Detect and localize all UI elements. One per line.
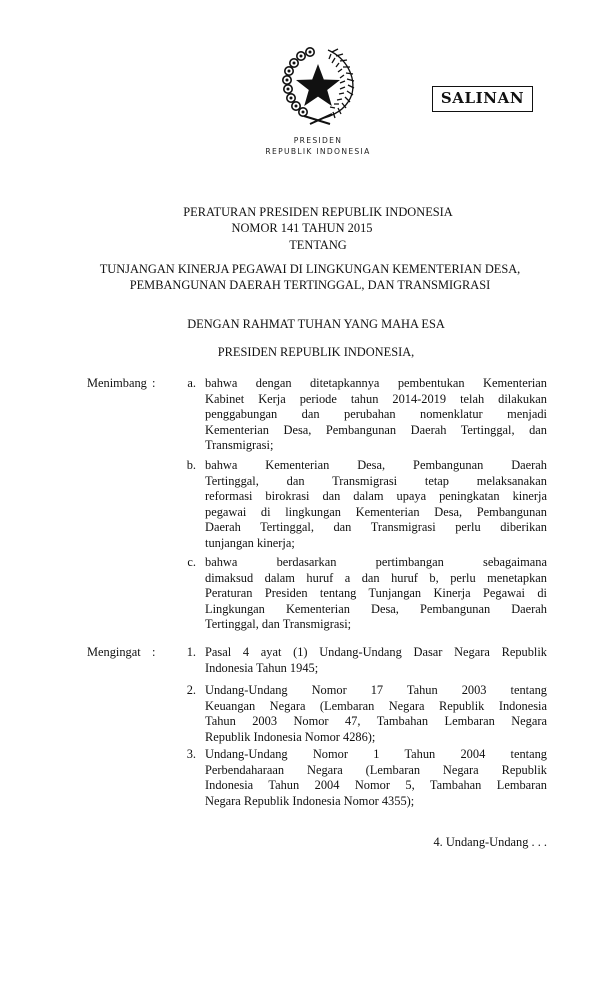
menimbang-label: Menimbang [87, 376, 147, 391]
text-line: Kabinet Kerja periode tahun 2014-2019 te… [205, 392, 547, 408]
text-line: Perbendaharaan Negara (Lembaran Negara R… [205, 763, 547, 779]
mengingat-item-text: Undang-Undang Nomor 17 Tahun 2003 tentan… [205, 683, 547, 745]
mengingat-item-text: Pasal 4 ayat (1) Undang-Undang Dasar Neg… [205, 645, 547, 676]
menimbang-item-marker: c. [176, 555, 196, 570]
menimbang-item-text: bahwa dengan ditetapkannya pembentukan K… [205, 376, 547, 454]
title-line-2: NOMOR 141 TAHUN 2015 [0, 221, 608, 236]
menimbang-item-marker: b. [176, 458, 196, 473]
menimbang-colon: : [152, 376, 155, 391]
title-line-3: TENTANG [12, 238, 612, 253]
subject-line-2: PEMBANGUNAN DAERAH TERTINGGAL, DAN TRANS… [4, 278, 612, 293]
text-line: Republik Indonesia Nomor 4286); [205, 730, 547, 746]
text-line: Keuangan Negara (Lembaran Negara Republi… [205, 699, 547, 715]
title-line-1: PERATURAN PRESIDEN REPUBLIK INDONESIA [12, 205, 612, 220]
text-line: Indonesia Tahun 2004 Nomor 5, Tambahan L… [205, 778, 547, 794]
authority: PRESIDEN REPUBLIK INDONESIA, [10, 345, 612, 360]
mengingat-item-text: Undang-Undang Nomor 1 Tahun 2004 tentang… [205, 747, 547, 809]
text-line: Kementerian Desa, Pembangunan Daerah Ter… [205, 423, 547, 439]
text-line: Lingkungan Kementerian Desa, Pembangunan… [205, 602, 547, 618]
text-line: Negara Republik Indonesia Nomor 4355); [205, 794, 547, 810]
mengingat-item-marker: 3. [176, 747, 196, 762]
menimbang-item-text: bahwa Kementerian Desa, Pembangunan Daer… [205, 458, 547, 552]
text-line: reformasi birokrasi dan dalam upaya peni… [205, 489, 547, 505]
mengingat-colon: : [152, 645, 155, 660]
subject-line-1: TUNJANGAN KINERJA PEGAWAI DI LINGKUNGAN … [4, 262, 612, 277]
emblem-caption-presiden: PRESIDEN [0, 136, 612, 145]
text-line: Pasal 4 ayat (1) Undang-Undang Dasar Neg… [205, 645, 547, 661]
garuda-star-emblem-icon [270, 42, 366, 134]
text-line: Indonesia Tahun 1945; [205, 661, 547, 677]
text-line: bahwa Kementerian Desa, Pembangunan Daer… [205, 458, 547, 474]
text-line: Undang-Undang Nomor 17 Tahun 2003 tentan… [205, 683, 547, 699]
text-line: Undang-Undang Nomor 1 Tahun 2004 tentang [205, 747, 547, 763]
text-line: tunjangan kinerja; [205, 536, 547, 552]
mengingat-item-marker: 1. [176, 645, 196, 660]
text-line: bahwa dengan ditetapkannya pembentukan K… [205, 376, 547, 392]
text-line: Tertinggal, dan Transmigrasi; [205, 617, 547, 633]
invocation: DENGAN RAHMAT TUHAN YANG MAHA ESA [10, 317, 612, 332]
text-line: dimaksud dalam huruf a dan huruf b, perl… [205, 571, 547, 587]
text-line: Transmigrasi; [205, 438, 547, 454]
text-line: pegawai di lingkungan Kementerian Desa, … [205, 505, 547, 521]
text-line: Peraturan Presiden tentang Tunjangan Kin… [205, 586, 547, 602]
menimbang-item-text: bahwa berdasarkan pertimbangan sebagaima… [205, 555, 547, 633]
text-line: Tertinggal, dan Transmigrasi tetap melak… [205, 474, 547, 490]
text-line: Daerah Tertinggal, dan Transmigrasi perl… [205, 520, 547, 536]
text-line: Tahun 2003 Nomor 47, Tambahan Lembaran N… [205, 714, 547, 730]
continuation-marker: 4. Undang-Undang . . . [433, 835, 547, 850]
mengingat-item-marker: 2. [176, 683, 196, 698]
menimbang-item-marker: a. [176, 376, 196, 391]
mengingat-label: Mengingat [87, 645, 141, 660]
text-line: bahwa berdasarkan pertimbangan sebagaima… [205, 555, 547, 571]
salinan-stamp: SALINAN [432, 86, 533, 112]
text-line: penggabungan dan perubahan nomenklatur m… [205, 407, 547, 423]
emblem-caption-republik: REPUBLIK INDONESIA [0, 147, 612, 156]
